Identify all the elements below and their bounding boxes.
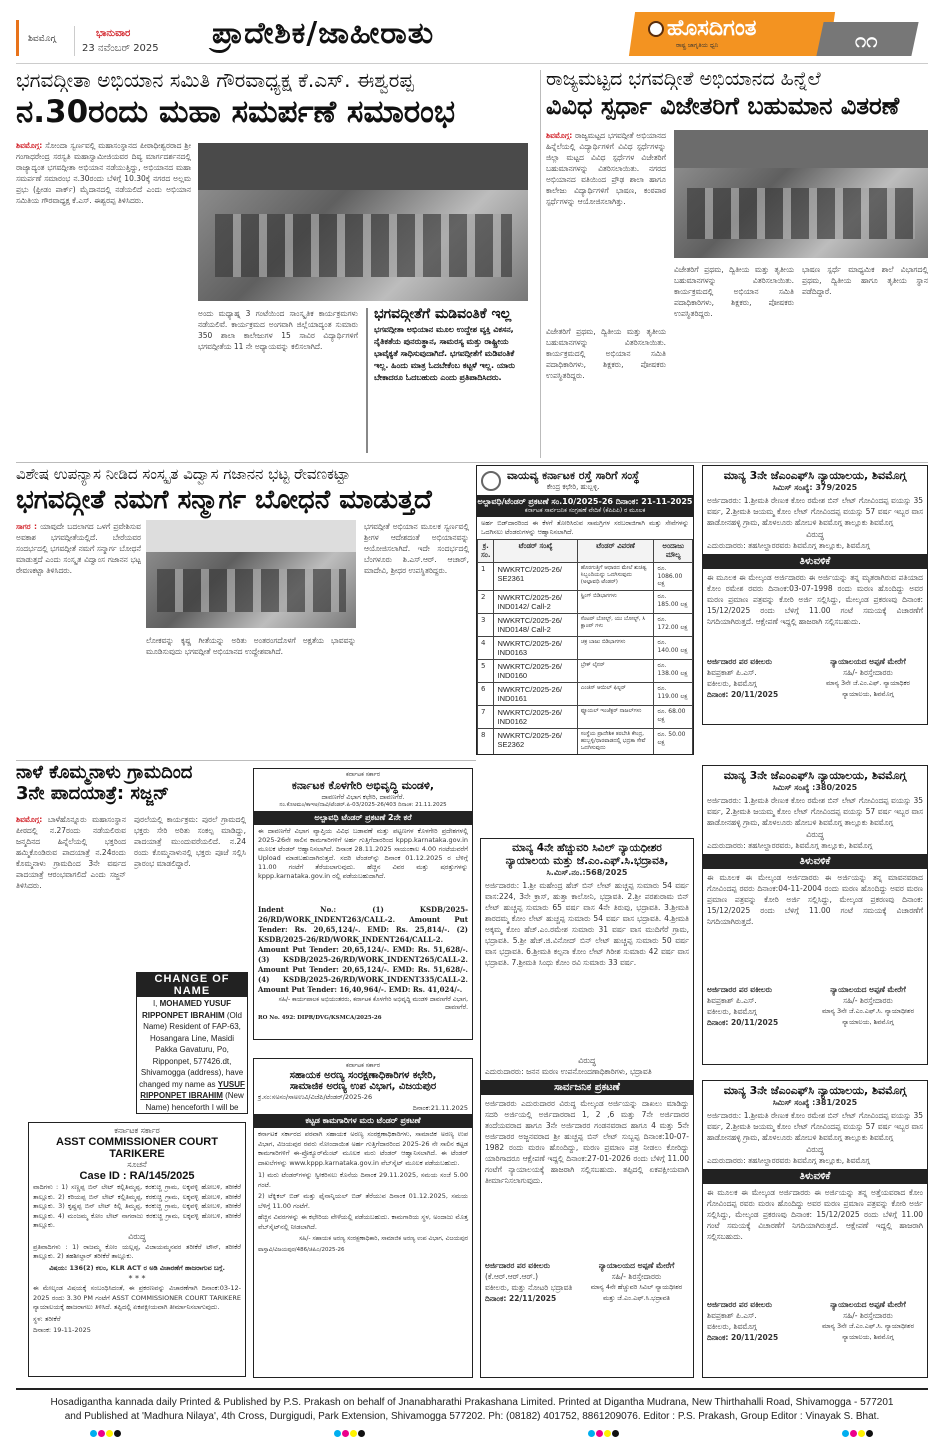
case-number: ಸಿ.ಮಿಸ್.ನಂ.:568/2025 — [481, 868, 693, 878]
advocate-label: ಅರ್ಜಿದಾರರ ಪರ ವಕೀಲರು — [707, 656, 778, 667]
article-body-continued: ಭಗವದ್ಗೀತೆ ಅಭಿಯಾನ ಮೂಲಕ ಸ್ವರ್ಣವಲ್ಲಿ ಶ್ರೀಗಳ… — [364, 521, 469, 753]
versus-label: ವಿರುದ್ಧ — [703, 530, 927, 540]
govt-label: ಕರ್ನಾಟಕ ಸರ್ಕಾರ — [254, 1062, 472, 1070]
table-row: 1NWKRTC/2025-26/ SE2361ಹೊರಗುತ್ತಿಗೆ ಆಧಾರದ… — [478, 563, 693, 591]
forest-signature: ಸಹಿ/- ಸಹಾಯಕ ಅರಣ್ಯ ಸಂರಕ್ಷಣಾಧಿಕಾರಿ, ಸಾಮಾಜಿ… — [254, 1233, 472, 1245]
ksdb-ref: ನಂ.ಕೊಅಮಂ/ಕಾಇಅ/ದಾವಿ/ಟೆಂಡರ್.ಪಿ-03/2025-26/… — [254, 802, 472, 809]
table-row: 3NWKRTC/2025-26/ IND0148/ Call-2ಸೆಂಟರ್ ಬ… — [478, 614, 693, 637]
by-order: ನ್ಯಾಯಾಲಯದ ಅಪ್ಪಣೆ ಮೇರೆಗೆ — [584, 1260, 689, 1271]
petitioners: ಅರ್ಜಿದಾರರು: 1.ಶ್ರೀಮತಿ ರೇಣುಕ ಕೋಂ ರಮೇಶ ಬಿನ… — [703, 1108, 927, 1145]
article-photo — [674, 130, 928, 258]
court-title: ಮಾನ್ಯ 3ನೇ ಜೆಎಂಎಫ್‌ಸಿ ನ್ಯಾಯಾಲಯ, ಶಿವಮೊಗ್ಗ — [703, 769, 927, 783]
court-title: ಮಾನ್ಯ 3ನೇ ಜೆಎಂಎಫ್‌ಸಿ ನ್ಯಾಯಾಲಯ, ಶಿವಮೊಗ್ಗ — [703, 469, 927, 483]
ksdb-title: ಕರ್ನಾಟಕ ಕೊಳಗೇರಿ ಅಭಿವೃದ್ಧಿ ಮಂಡಳಿ, — [254, 779, 472, 793]
article-dateline: ಶಿವಮೊಗ್ಗ: — [16, 815, 42, 824]
advocate-place: ವಕೀಲರು, ಶಿವಮೊಗ್ಗ — [707, 1006, 778, 1017]
petitioners: ಅರ್ಜಿದಾರರು: 1.ಶ್ರೀಮತಿ ರೇಣುಕ ಕೋಂ ರಮೇಶ ಬಿನ… — [703, 493, 927, 530]
respondent: ಎದುರುದಾರರು: ತಹಸೀಲ್ದಾರರವರು ಶಿವಮೊಗ್ಗ ತಾಲ್ಲ… — [703, 540, 927, 551]
article-body: ಶಿವಮೊಗ್ಗ: ರಾಜ್ಯಮಟ್ಟದ ಭಗವದ್ಗೀತೆ ಅಭಿಯಾನದ ಹ… — [546, 130, 666, 320]
petitioners: ವಾದಿಗಳು : 1) ಸಣ್ಣಪ್ಪ ಬಿನ್ ಲೇಟ್ ಕಲ್ಲಿತಿಮ್… — [29, 1182, 245, 1232]
advocate-name: ಶಿವಪ್ರಕಾಶ್ ಪಿ.ಎಸ್. — [707, 1310, 778, 1321]
article-maha-samarpane: ಭಗವದ್ಗೀತಾ ಅಭಿಯಾನ ಸಮಿತಿ ಗೌರವಾಧ್ಯಕ್ಷ ಕೆ.ಎಸ… — [16, 68, 536, 458]
article-highlight-box: ಭಗವದ್ಗೀತೆಗೆ ಮಡಿವಂತಿಕೆ ಇಲ್ಲ ಭಗವದ್ಗೀತಾ ಅಭಿ… — [366, 308, 531, 453]
article-headline: ನ.30ರಂದು ಮಹಾ ಸಮರ್ಪಣೆ ಸಮಾರಂಭ — [16, 94, 536, 131]
forest-body: ಕರ್ನಾಟಕ ಸರ್ಕಾರದ ಪರವಾಗಿ ಸಹಾಯಕ ಅರಣ್ಯ ಸಂರಕ್… — [254, 1128, 472, 1170]
advocate-label: ಅರ್ಜಿದಾರರ ಪರ ವಕೀಲರು — [707, 984, 778, 995]
article-body-continued: ಪುರಲೆಯಲ್ಲಿ ಕಾರ್ಯಕ್ರಮ: ಪುರಲೆ ಗ್ರಾಮದಲ್ಲಿ ಭ… — [134, 814, 246, 964]
imprint-line-1: Hosadigantha kannada daily Printed & Pub… — [16, 1396, 928, 1410]
nwkrtc-intro: ಅರ್ಹ ಬಿಡ್‌ದಾರರಿಂದ ಈ ಕೆಳಗೆ ತೋರಿಸಿರುವ ಸಾಮಗ… — [477, 517, 693, 539]
respondent: ಎದುರುದಾರರು: ತಹಸೀಲ್ದಾರರವರು ಶಿವಮೊಗ್ಗ ತಾಲ್ಲ… — [703, 1155, 927, 1166]
section-divider — [16, 760, 476, 761]
masthead-date: 23 ನವೆಂಬರ್ 2025 — [82, 43, 159, 54]
article-body-continued: ಭಾಷಣ ಸ್ಪರ್ಧೆ ಮಾಧ್ಯಮಿಕ ಶಾಲೆ ವಿಭಾಗದಲ್ಲಿ ಪ್… — [802, 264, 928, 454]
article-headline-line1: ನಾಳೆ ಕೊಮ್ಮನಾಳು ಗ್ರಾಮದಿಂದ — [16, 762, 248, 783]
change-of-name-notice: CHANGE OF NAME I, MOHAMED YUSUF RIPPONPE… — [136, 972, 248, 1114]
by-order: ನ್ಯಾಯಾಲಯದ ಅಪ್ಪಣೆ ಮೇರೆಗೆ — [813, 656, 923, 667]
notice-date: ದಿನಾಂಕ: 20/11/2025 — [707, 1017, 778, 1028]
notice-bar: ತಿಳುವಳಿಕೆ — [703, 854, 927, 869]
versus-label: ವಿರುದ್ಧ — [29, 1232, 245, 1242]
article-body-continued: ವಿಜೇತರಿಗೆ ಪ್ರಥಮ, ದ್ವಿತೀಯ ಮತ್ತು ತೃತೀಯ ಬಹು… — [546, 326, 666, 456]
govt-label: ಕರ್ನಾಟಕ ಸರ್ಕಾರ — [254, 771, 472, 779]
column-divider — [540, 70, 541, 458]
notice-date: ದಿನಾಂಕ: 20/11/2025 — [707, 689, 778, 700]
advocate-name: ಶಿವಪ್ರಕಾಶ್ ಪಿ.ಎಸ್. — [707, 995, 778, 1006]
forest-ref: ಕ್ರ.ಸಂ:ಸಅಸಂ/ಸಾಅಉವಿ/ವಿಜೆಪಿ/ಟೆಂಡರ್/2025-26 — [254, 1092, 472, 1103]
article-dateline: ಸಾಗರ : — [16, 522, 37, 531]
ksdb-ro: RO No. 492: DIPR/DVG/KSMCA/2025-26 — [254, 1013, 472, 1024]
registration-marks-1 — [90, 1430, 121, 1437]
masthead: ಶಿವಮೊಗ್ಗ ಭಾನುವಾರ 23 ನವೆಂಬರ್ 2025 ಪ್ರಾದೇಶ… — [0, 0, 945, 62]
table-row: 6NWKRTC/2025-26/ IND0161ಎಂಜಿನ್ ಆಯಿಲ್ ಫಿಲ… — [478, 683, 693, 706]
notice-date: ದಿನಾಂಕ: 19-11-2025 — [29, 1325, 245, 1336]
forest-tender-notice: ಕರ್ನಾಟಕ ಸರ್ಕಾರ ಸಹಾಯಕ ಅರಣ್ಯ ಸಂರಕ್ಷಣಾಧಿಕಾರ… — [253, 1058, 473, 1378]
forest-item-2: 2) ಟೆಕ್ನಿಕಲ್ ಬಿಡ್ ಮತ್ತು ಫೈನಾನ್ಶಿಯಲ್ ಬಿಡ್… — [254, 1191, 472, 1212]
change-of-name-text: (Old Name) Resident of FAP-63, Hosangara… — [139, 1011, 243, 1089]
article-body: ಶಿವಮೊಗ್ಗ: ಬಾಳೆಹೊನ್ನೂರು ಮಹಾಸಂಸ್ಥಾನ ಪೀಠದಲ್… — [16, 814, 126, 1119]
court-signature: ಮಾನ್ಯ 3ನೇ ಜೆ.ಎಂ.ಎಫ್. ನ್ಯಾಯಾಧಿಕರ ನ್ಯಾಯಾಲಯ… — [813, 678, 923, 700]
signature: ಸಹಿ/- ಶಿರಸ್ತೇದಾರರು — [813, 995, 923, 1006]
logo-tagline: ರಾಷ್ಟ್ರ ಜಾಗೃತಿಯ ಧ್ವನಿ — [676, 42, 718, 50]
versus-label: ವಿರುದ್ಧ — [703, 1145, 927, 1155]
change-of-name-title: CHANGE OF NAME — [137, 973, 247, 997]
nwkrtc-tender-notice: ವಾಯವ್ಯ ಕರ್ನಾಟಕ ರಸ್ತೆ ಸಾರಿಗೆ ಸಂಸ್ಥೆ ಕೇಂದ್… — [476, 465, 694, 755]
notice-place: ಸ್ಥಳ: ತರೀಕೆರೆ — [29, 1314, 245, 1325]
impr­int-line-2: and Published at 'Madhura Nilaya', 4th C… — [16, 1410, 928, 1424]
notice-body: ಈ ಮೂಲಕ ಈ ಮೇಲ್ಕಂಡ ಅರ್ಜಿದಾರರು ಈ ಅರ್ಜಿಯನ್ನು… — [703, 1187, 927, 1297]
article-dateline: ಶಿವಮೊಗ್ಗ: — [546, 131, 572, 140]
by-order: ನ್ಯಾಯಾಲಯದ ಅಪ್ಪಣೆ ಮೇರೆಗೆ — [813, 984, 923, 995]
nwkrtc-emblem-icon — [481, 471, 501, 491]
table-row: 5NWKRTC/2025-26/ IND0160ಬ್ರೇಕ್ ಲೈನರ್ರೂ. … — [478, 660, 693, 683]
article-kicker: ರಾಜ್ಯಮಟ್ಟದ ಭಗವದ್ಗೀತೆ ಅಭಿಯಾನದ ಹಿನ್ನೆಲೆ — [546, 68, 931, 90]
court-notice-380: ಮಾನ್ಯ 3ನೇ ಜೆಎಂಎಫ್‌ಸಿ ನ್ಯಾಯಾಲಯ, ಶಿವಮೊಗ್ಗ … — [702, 765, 928, 1065]
notice-bar: ತಿಳುವಳಿಕೆ — [703, 554, 927, 569]
forest-date: ದಿನಾಂಕ:21.11.2025 — [254, 1103, 472, 1114]
court-title-2: ನ್ಯಾಯಾಲಯ ಮತ್ತು ಜೆ.ಎಂ.ಎಫ್.ಸಿ.ಭದ್ರಾವತಿ, — [481, 855, 693, 868]
table-header-row: ಕ್ರ. ಸಂ. ಟೆಂಡರ್ ಸಂಖ್ಯೆ ಟೆಂಡರ್ ವಿವರಣೆ ಅಂದ… — [478, 540, 693, 563]
article-photo — [146, 520, 356, 628]
notice-body: ಈ ಮೂಲಕ ಈ ಮೇಲ್ಕಂಡ ಅರ್ಜಿದಾರರು ಈ ಅರ್ಜಿಯನ್ನು… — [703, 572, 927, 654]
forest-title-2: ಸಾಮಾಜಿಕ ಅರಣ್ಯ ಉಪ ವಿಭಾಗ, ವಿಜಯಪುರ — [254, 1081, 472, 1092]
case-id: Case ID : RA/145/2025 — [29, 1170, 245, 1182]
notice-body: ಈ ಮೇಲ್ಕಂಡ ವಿಷಯಕ್ಕೆ ಸಂಬಂಧಿಸಿದಂತೆ, ಈ ಪ್ರಕರ… — [29, 1283, 245, 1314]
masthead-rule — [16, 63, 928, 64]
article-headline: ವಿವಿಧ ಸ್ಪರ್ಧಾ ವಿಜೇತರಿಗೆ ಬಹುಮಾನ ವಿತರಣೆ — [546, 92, 931, 120]
respondent: ಎದುರುದಾರರು: ಜನನ ಮರಣ ಉಪನೋಂದಣಾಧಿಕಾರಿಗಳು, ಭ… — [481, 1066, 693, 1077]
govt-label: ಕರ್ನಾಟಕ ಸರ್ಕಾರ — [29, 1126, 245, 1136]
newspaper-logo: ಹೊಸದಿಗಂತ — [648, 16, 756, 41]
article-body: ಸಾಗರ : ಯಾವುದೇ ಬದಲಾಗದ ಒಳಗೆ ಪ್ರವೇಶಿಸುವ ಅವಕ… — [16, 521, 141, 753]
advocate-name: ಶಿವಪ್ರಕಾಶ್ ಪಿ.ಎಸ್. — [707, 667, 778, 678]
registration-marks-4 — [842, 1430, 873, 1437]
respondent: ಎದುರುದಾರರು: ತಹಸೀಲ್ದಾರರವರು, ಶಿವಮೊಗ್ಗ ತಾಲ್… — [703, 840, 927, 851]
article-dateline: ಶಿವಮೊಗ್ಗ: — [16, 141, 42, 150]
bhadravathi-court-notice: ಮಾನ್ಯ 4ನೇ ಹೆಚ್ಚುವರಿ ಸಿವಿಲ್ ನ್ಯಾಯಧೀಶರ ನ್ಯ… — [480, 838, 694, 1378]
page-number: ೧೧ — [855, 28, 877, 52]
ksdb-signature: ಸಹಿ/- ಕಾರ್ಯಪಾಲಕ ಅಭಿಯಂತರರು, ಕರ್ನಾಟಕ ಕೊಳಗೇ… — [254, 995, 472, 1013]
notice-body: ಈ ಮೂಲಕ ಈ ಮೇಲ್ಕಂಡ ಅರ್ಜಿದಾರರು ಈ ಅರ್ಜಿಯನ್ನು… — [703, 872, 927, 982]
nwkrtc-tender-bar: ಅಲ್ಪಾವಧಿ/ಟೆಂಡರ್ ಪ್ರಕಟಣೆ ಸಂ.10/2025-26 ದಿ… — [477, 495, 693, 517]
subject: ವಿಷಯ: 136(2) ಕಲಂ, KLR ACT ರ ಅಡಿ ವಿಚಾರಣೆಗ… — [29, 1263, 245, 1275]
court-title-1: ಮಾನ್ಯ 4ನೇ ಹೆಚ್ಚುವರಿ ಸಿವಿಲ್ ನ್ಯಾಯಧೀಶರ — [481, 842, 693, 855]
table-row: 7NWKRTC/2025-26/ IND0162ಫ್ಯೂಯಲ್ ಇಂಜೆಕ್ಟರ… — [478, 706, 693, 729]
article-kicker: ಭಗವದ್ಗೀತಾ ಅಭಿಯಾನ ಸಮಿತಿ ಗೌರವಾಧ್ಯಕ್ಷ ಕೆ.ಎಸ… — [16, 68, 536, 92]
advocate-label: ಅರ್ಜಿದಾರರ ಪರ ವಕೀಲರು — [485, 1260, 572, 1271]
separator-stars: * * * — [29, 1274, 245, 1283]
ksdb-tender-notice: ಕರ್ನಾಟಕ ಸರ್ಕಾರ ಕರ್ನಾಟಕ ಕೊಳಗೇರಿ ಅಭಿವೃದ್ಧಿ… — [253, 768, 473, 1040]
logo-emblem-icon — [648, 21, 664, 37]
court-signature: ಮಾನ್ಯ 3ನೇ ಜೆ.ಎಂ.ಎಫ್.ಸಿ. ನ್ಯಾಯಾಧೀಶರ ನ್ಯಾಯ… — [813, 1006, 923, 1028]
court-title: ಮಾನ್ಯ 3ನೇ ಜೆಎಂಎಫ್‌ಸಿ ನ್ಯಾಯಾಲಯ, ಶಿವಮೊಗ್ಗ — [703, 1084, 927, 1098]
forest-tender-bar: ಕಟ್ಟಡ ಕಾಮಗಾರಿಗಳ ಮರು ಟೆಂಡರ್ ಪ್ರಕಟಣೆ — [254, 1114, 472, 1128]
public-notice-bar: ಸಾರ್ವಜನಿಕ ಪ್ರಕಟಣೆ — [481, 1080, 693, 1095]
ksdb-office: ದಾವಣಗೆರೆ ವಿಭಾಗ ಕಛೇರಿ, ದಾವಣಗೆರೆ. — [254, 793, 472, 802]
table-row: 4NWKRTC/2025-26/ IND0163ಚಕ್ರ ಬಾಜು ಬಿಡಿಭಾ… — [478, 637, 693, 660]
notice-label: ಸೂಚನೆ — [29, 1160, 245, 1170]
court-signature: ಮಾನ್ಯ 4ನೇ ಹೆಚ್ಚುವರಿ ಸಿವಿಲ್ ನ್ಯಾಯಧೀಶರ ಮತ್… — [584, 1282, 689, 1304]
forest-body-2: ಹೆಚ್ಚಿನ ವಿವರಗಳನ್ನು ಈ ಕಛೇರಿಯ ವೇಳೆಯಲ್ಲಿ ಪಡ… — [254, 1212, 472, 1233]
nwkrtc-office: ಕೇಂದ್ರ ಕಛೇರಿ, ಹುಬ್ಬಳ್ಳಿ. — [507, 483, 639, 492]
by-order: ನ್ಯಾಯಾಲಯದ ಅಪ್ಪಣೆ ಮೇರೆಗೆ — [813, 1299, 923, 1310]
section-title: ಪ್ರಾದೇಶಿಕ/ಜಾಹೀರಾತು — [212, 16, 434, 51]
forest-title-1: ಸಹಾಯಕ ಅರಣ್ಯ ಸಂರಕ್ಷಣಾಧಿಕಾರಿಗಳ ಕಛೇರಿ, — [254, 1070, 472, 1081]
masthead-city: ಶಿವಮೊಗ್ಗ — [28, 34, 56, 44]
advocate-place: ವಕೀಲರು, ಶಿವಮೊಗ್ಗ — [707, 1321, 778, 1332]
tarikere-title: ASST COMMISSIONER COURT TARIKERE — [29, 1136, 245, 1160]
registration-marks-2 — [334, 1430, 365, 1437]
case-number: ಸಿಮಿಸ್ ಸಂಖ್ಯೆ :381/2025 — [703, 1098, 927, 1108]
notice-date: ದಿನಾಂಕ: 22/11/2025 — [485, 1293, 572, 1304]
forest-ro: ವಾಸ್ತಾವಿ/ವಿಜಯಪುರ/486/ಜಿಪಿಎ/2025-26 — [254, 1245, 472, 1256]
signature: ಸಹಿ/- ಶಿರಸ್ತೇದಾರರು — [584, 1271, 689, 1282]
article-headline: ಭಗವದ್ಗೀತೆ ನಮಗೆ ಸನ್ಮಾರ್ಗ ಬೋಧನೆ ಮಾಡುತ್ತದೆ — [16, 485, 471, 516]
masthead-day: ಭಾನುವಾರ — [96, 28, 130, 39]
versus-label: ವಿರುದ್ಧ — [481, 1056, 693, 1066]
article-bhagavadgita-lecture: ವಿಶೇಷ ಉಪನ್ಯಾಸ ನೀಡಿದ ಸಂಸ್ಕೃತ ವಿದ್ವಾಸ ಗಜಾನ… — [16, 465, 471, 755]
court-signature: ಮಾನ್ಯ 3ನೇ ಜೆ.ಎಂ.ಎಫ್.ಸಿ. ನ್ಯಾಯಾಧೀಶರ ನ್ಯಾಯ… — [813, 1321, 923, 1343]
petitioners: ಅರ್ಜಿದಾರರು: 1.ಶ್ರೀಮತಿ ರೇಣುಕ ಕೋಂ ರಮೇಶ ಬಿನ… — [703, 793, 927, 830]
case-number: ಸಿಮಿಸ್ ಸಂಖ್ಯೆ: 379/2025 — [703, 483, 927, 493]
advocate-name: (ಕೆ.ಆರ್.ಆರ್.ಆರ್.) — [485, 1271, 572, 1282]
notice-bar: ತಿಳುವಳಿಕೆ — [703, 1169, 927, 1184]
ksdb-body: ಈ ದಾವಣಗೆರೆ ವಿಭಾಗ ವ್ಯಾಪ್ತಿಯ ವಿವಿಧ ಬಡಾವಣೆ … — [254, 825, 472, 905]
notice-date: ದಿನಾಂಕ: 20/11/2025 — [707, 1332, 778, 1343]
article-body: ಶಿವಮೊಗ್ಗ: ಸೋಂದಾ ಸ್ವರ್ಣವಲ್ಲಿ ಮಹಾಸಂಸ್ಥಾನದ … — [16, 140, 191, 455]
article-headline-line2: 3ನೇ ಪಾದಯಾತ್ರೆ: ಸಜ್ಜನ್ — [16, 783, 248, 804]
article-kicker: ವಿಶೇಷ ಉಪನ್ಯಾಸ ನೀಡಿದ ಸಂಸ್ಕೃತ ವಿದ್ವಾಸ ಗಜಾನ… — [16, 465, 471, 483]
advocate-place: ವಕೀಲರು, ಶಿವಮೊಗ್ಗ — [707, 678, 778, 689]
table-row: 8NWKRTC/2025-26/ SE2362ಸಂಸ್ಥೆಯ ಪ್ರಾದೇಶಿಕ… — [478, 729, 693, 755]
ksdb-indents: Indent No.: (1) KSDB/2025-26/RD/WORK_IND… — [254, 905, 472, 995]
registration-marks-3 — [588, 1430, 619, 1437]
article-body-continued: ವಿಜೇತರಿಗೆ ಪ್ರಥಮ, ದ್ವಿತೀಯ ಮತ್ತು ತೃತೀಯ ಬಹು… — [674, 264, 794, 454]
nwkrtc-tender-table: ಕ್ರ. ಸಂ. ಟೆಂಡರ್ ಸಂಖ್ಯೆ ಟೆಂಡರ್ ವಿವರಣೆ ಅಂದ… — [477, 539, 693, 755]
article-prize-distribution: ರಾಜ್ಯಮಟ್ಟದ ಭಗವದ್ಗೀತೆ ಅಭಿಯಾನದ ಹಿನ್ನೆಲೆ ವಿ… — [546, 68, 931, 458]
article-caption: ಲೋಕವನ್ನು ಕೃಷ್ಣ ಗೀತೆಯನ್ನು ಅರಿತು ಅಂತರಂಗದೊಳ… — [146, 635, 356, 745]
advocate-label: ಅರ್ಜಿದಾರರ ಪರ ವಕೀಲರು — [707, 1299, 778, 1310]
imprint-footer: Hosadigantha kannada daily Printed & Pub… — [16, 1388, 928, 1424]
nwkrtc-title: ವಾಯವ್ಯ ಕರ್ನಾಟಕ ರಸ್ತೆ ಸಾರಿಗೆ ಸಂಸ್ಥೆ — [507, 469, 639, 483]
court-notice-379: ಮಾನ್ಯ 3ನೇ ಜೆಎಂಎಫ್‌ಸಿ ನ್ಯಾಯಾಲಯ, ಶಿವಮೊಗ್ಗ … — [702, 465, 928, 725]
petitioners: ಅರ್ಜಿದಾರರು: 1.ಶ್ರೀ ಮಹೇಂದ್ರ ಹೆಚ್ ಬಿನ್ ಲೇಟ… — [481, 878, 693, 1056]
table-row: 2NWKRTC/2025-26/ IND0142/ Call-2ಸ್ಪ್ರಿಂಗ… — [478, 591, 693, 614]
advocate-place: ವಕೀಲರು, ಮತ್ತು ನೋಟರಿ ಭದ್ರಾವತಿ — [485, 1282, 572, 1293]
highlight-title: ಭಗವದ್ಗೀತೆಗೆ ಮಡಿವಂತಿಕೆ ಇಲ್ಲ — [374, 308, 531, 320]
signature: ಸಹಿ/- ಶಿರಸ್ತೇದಾರರು — [813, 667, 923, 678]
case-number: ಸಿಮಿಸ್ ಸಂಖ್ಯೆ :380/2025 — [703, 783, 927, 793]
masthead-accent-bar — [16, 20, 19, 56]
respondents: ಪ್ರತಿವಾದಿಗಳು : 1) ರಾಜಮ್ಮ ಕೋಂ ಯಲ್ಲಪ್ಪ, ವಿ… — [29, 1242, 245, 1263]
court-notice-381: ಮಾನ್ಯ 3ನೇ ಜೆಎಂಎಫ್‌ಸಿ ನ್ಯಾಯಾಲಯ, ಶಿವಮೊಗ್ಗ … — [702, 1080, 928, 1378]
article-photo — [198, 143, 528, 301]
forest-item-1: 1) ಮರು ಟೆಂಡರ್‌ಗಳನ್ನು ಸ್ವೀಕರಿಸಲು ಕೊನೆಯ ದಿ… — [254, 1170, 472, 1191]
section-divider — [16, 462, 928, 463]
tarikere-court-notice: ಕರ್ನಾಟಕ ಸರ್ಕಾರ ASST COMMISSIONER COURT T… — [28, 1122, 246, 1377]
versus-label: ವಿರುದ್ಧ — [703, 830, 927, 840]
notice-body: ಅರ್ಜಿದಾರರು ಎದುರುದಾರರ ವಿರುದ್ಧ ಮೇಲ್ಕಂಡ ಅರ್… — [481, 1098, 693, 1258]
highlight-text: ಭಗವದ್ಗೀತಾ ಅಭಿಯಾನ ಮೂಲ ಉದ್ದೇಶ ವ್ಯಕ್ತಿ ವಿಕಸ… — [374, 324, 531, 384]
masthead-divider — [74, 26, 75, 56]
ksdb-tender-bar: ಅಲ್ಪಾವಧಿ ಟೆಂಡರ್ ಪ್ರಕಟಣೆ 2ನೇ ಕರೆ — [254, 811, 472, 825]
article-body-continued: ಅಂದು ಮಧ್ಯಾಹ್ನ 3 ಗಂಟೆಯಿಂದ ಸಾಂಸ್ಕೃತಿಕ ಕಾರ್… — [198, 308, 358, 453]
signature: ಸಹಿ/- ಶಿರಸ್ತೇದಾರರು — [813, 1310, 923, 1321]
